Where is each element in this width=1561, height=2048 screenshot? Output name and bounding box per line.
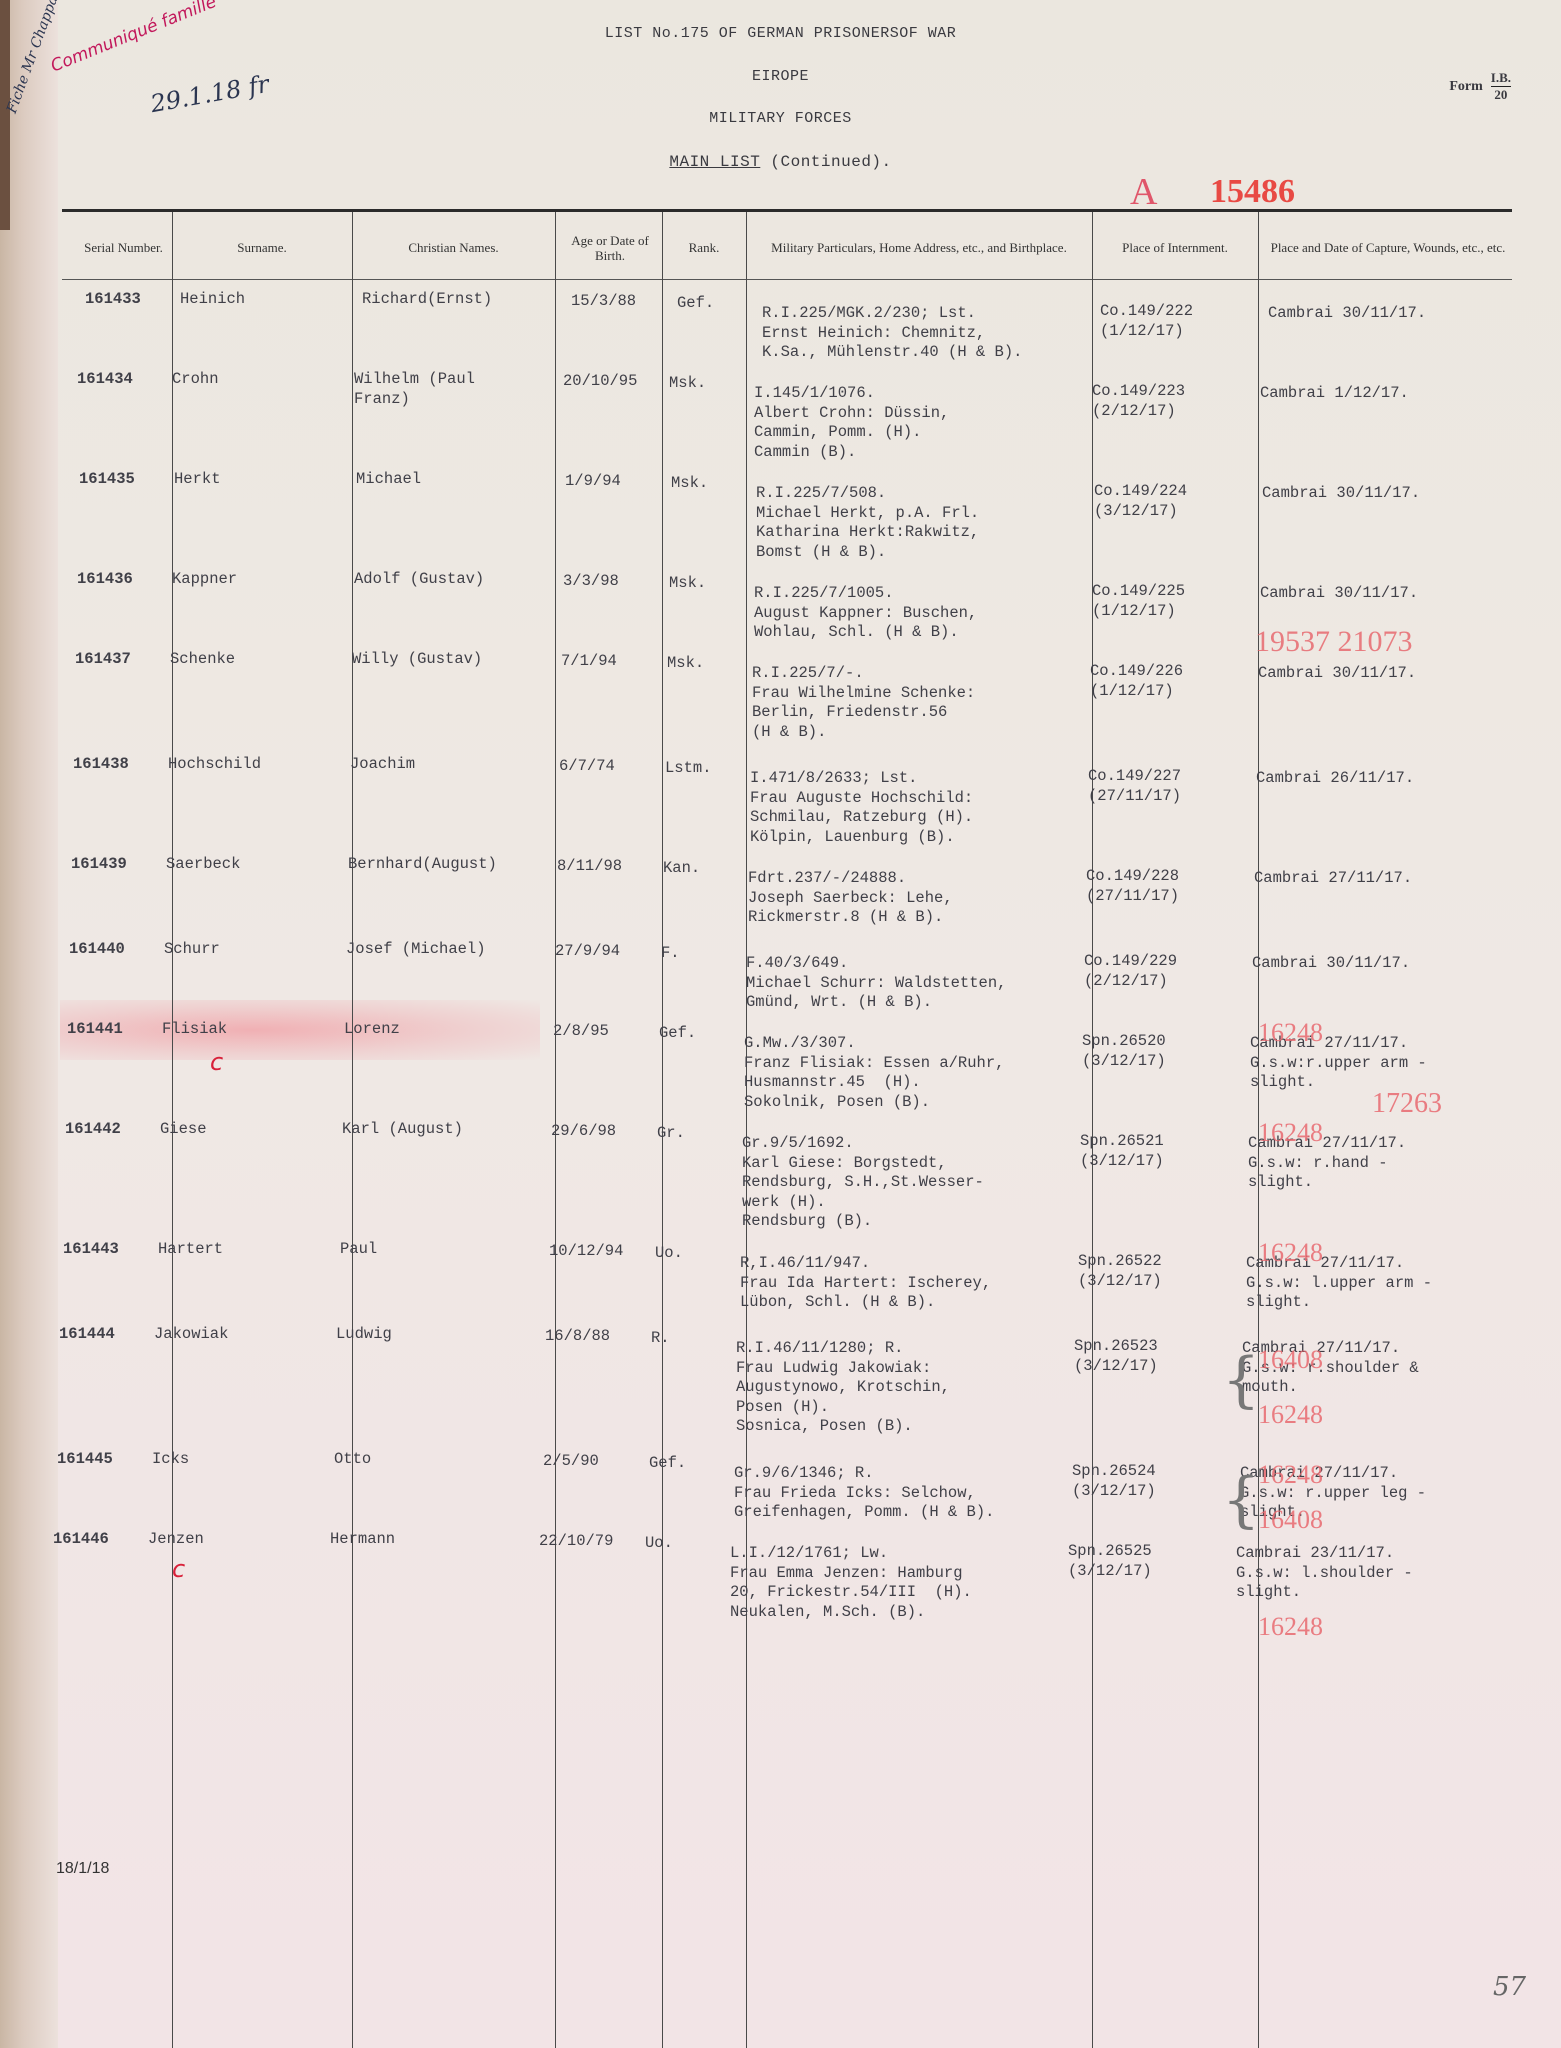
cell-dob: 10/12/94 (549, 1242, 623, 1262)
cell-capture: Cambrai 30/11/17. (1252, 954, 1410, 974)
cell-christian: Richard(Ernst) (362, 290, 492, 310)
cell-military: I.145/1/1076. Albert Crohn: Düssin, Camm… (754, 384, 949, 462)
column-divider (1092, 212, 1093, 2048)
cell-dob: 27/9/94 (555, 942, 620, 962)
cell-rank: Gef. (659, 1024, 696, 1044)
cell-surname: Heinich (180, 290, 245, 310)
page-number: 57 (1493, 1972, 1526, 2002)
cell-rank: Msk. (671, 474, 708, 494)
cell-internment: Co.149/223 (2/12/17) (1092, 382, 1185, 421)
cell-christian: Bernhard(August) (348, 855, 497, 875)
cell-internment: Spn.26521 (3/12/17) (1080, 1132, 1164, 1171)
cell-internment: Co.149/228 (27/11/17) (1086, 867, 1179, 906)
pencil-check-mark: c (172, 1555, 185, 1583)
cell-surname: Schenke (170, 650, 235, 670)
cell-dob: 1/9/94 (565, 472, 621, 492)
red-stamp-number: 16248 (1258, 1018, 1323, 1048)
cell-rank: Gr. (657, 1124, 685, 1144)
pencil-check-mark: c (210, 1048, 223, 1076)
red-stamp-number: 17263 (1372, 1088, 1442, 1120)
cell-rank: Msk. (669, 374, 706, 394)
cell-christian: Adolf (Gustav) (354, 570, 484, 590)
red-stamp-number: 16248 (1258, 1400, 1323, 1430)
cell-serial: 161442 (65, 1120, 121, 1140)
cell-rank: Gef. (677, 294, 714, 314)
cell-christian: Joachim (350, 755, 415, 775)
cell-dob: 6/7/74 (559, 757, 615, 777)
cell-capture: Cambrai 30/11/17. (1258, 664, 1416, 684)
brace-mark: { (1222, 1345, 1260, 1415)
cell-rank: Kan. (663, 859, 700, 879)
col-surname: Surname. (172, 215, 352, 280)
cell-surname: Flisiak (162, 1020, 227, 1040)
cell-serial: 161443 (63, 1240, 119, 1260)
cell-christian: Lorenz (344, 1020, 400, 1040)
cell-dob: 15/3/88 (571, 292, 636, 312)
cell-capture: Cambrai 26/11/17. (1256, 769, 1414, 789)
cell-christian: Karl (August) (342, 1120, 463, 1140)
red-stamp-number: 16408 (1258, 1345, 1323, 1375)
cell-dob: 29/6/98 (551, 1122, 616, 1142)
col-capture: Place and Date of Capture, Wounds, etc.,… (1268, 215, 1508, 280)
footer-date: 18/1/18 (56, 1860, 109, 1878)
cell-military: F.40/3/649. Michael Schurr: Waldstetten,… (746, 954, 1006, 1013)
cell-military: Gr.9/6/1346; R. Frau Frieda Icks: Selcho… (734, 1464, 994, 1523)
cell-surname: Jenzen (148, 1530, 204, 1550)
cell-christian: Otto (334, 1450, 371, 1470)
cell-rank: Uo. (655, 1244, 683, 1264)
cell-christian: Michael (356, 470, 421, 490)
cell-serial: 161444 (59, 1325, 115, 1345)
cell-capture: Cambrai 30/11/17. (1260, 584, 1418, 604)
cell-dob: 22/10/79 (539, 1532, 613, 1552)
cell-military: R.I.225/7/508. Michael Herkt, p.A. Frl. … (756, 484, 979, 562)
cell-military: R.I.225/7/1005. August Kappner: Buschen,… (754, 584, 977, 643)
cell-christian: Hermann (330, 1530, 395, 1550)
col-rank: Rank. (662, 215, 746, 280)
cell-surname: Hochschild (168, 755, 261, 775)
cell-christian: Paul (340, 1240, 377, 1260)
red-stamp-number: 16248 (1258, 1118, 1323, 1148)
col-serial: Serial Number. (75, 215, 172, 280)
col-christian-names: Christian Names. (352, 215, 555, 280)
cell-surname: Herkt (174, 470, 221, 490)
cell-serial: 161437 (75, 650, 131, 670)
cell-internment: Spn.26525 (3/12/17) (1068, 1542, 1152, 1581)
cell-surname: Schurr (164, 940, 220, 960)
cell-surname: Kappner (172, 570, 237, 590)
cell-rank: Msk. (669, 574, 706, 594)
cell-serial: 161446 (53, 1530, 109, 1550)
col-internment: Place of Internment. (1092, 215, 1258, 280)
cell-dob: 16/8/88 (545, 1327, 610, 1347)
cell-rank: Uo. (645, 1534, 673, 1554)
cell-military: Gr.9/5/1692. Karl Giese: Borgstedt, Rend… (742, 1134, 984, 1232)
cell-military: L.I./12/1761; Lw. Frau Emma Jenzen: Hamb… (730, 1544, 972, 1622)
cell-surname: Hartert (158, 1240, 223, 1260)
column-divider (746, 212, 747, 2048)
cell-internment: Co.149/225 (1/12/17) (1092, 582, 1185, 621)
cell-military: G.Mw./3/307. Franz Flisiak: Essen a/Ruhr… (744, 1034, 1004, 1112)
document-page: Fiche Mr Chappay 1.2.18 Communiqué famil… (0, 0, 1561, 2048)
cell-rank: Msk. (667, 654, 704, 674)
cell-surname: Saerbeck (166, 855, 240, 875)
cell-serial: 161433 (85, 290, 141, 310)
cell-capture: Cambrai 30/11/17. (1268, 304, 1426, 324)
red-stamp-number: 16248 (1258, 1612, 1323, 1642)
cell-military: R,I.46/11/947. Frau Ida Hartert: Ischere… (740, 1254, 991, 1313)
cell-rank: F. (661, 944, 680, 964)
cell-christian: Ludwig (336, 1325, 392, 1345)
cell-serial: 161445 (57, 1450, 113, 1470)
red-stamp-number: 16408 (1258, 1505, 1323, 1535)
cell-dob: 7/1/94 (561, 652, 617, 672)
cell-dob: 2/5/90 (543, 1452, 599, 1472)
cell-internment: Spn.26522 (3/12/17) (1078, 1252, 1162, 1291)
cell-serial: 161435 (79, 470, 135, 490)
col-military-particulars: Military Particulars, Home Address, etc.… (746, 215, 1092, 280)
cell-military: Fdrt.237/-/24888. Joseph Saerbeck: Lehe,… (748, 869, 953, 928)
cell-dob: 8/11/98 (557, 857, 622, 877)
cell-serial: 161439 (71, 855, 127, 875)
red-stamp-number: 16248 (1258, 1460, 1323, 1490)
cell-serial: 161434 (77, 370, 133, 390)
cell-military: R.I.225/MGK.2/230; Lst. Ernst Heinich: C… (762, 304, 1022, 363)
cell-military: I.471/8/2633; Lst. Frau Auguste Hochschi… (750, 769, 973, 847)
cell-military: R.I.46/11/1280; R. Frau Ludwig Jakowiak:… (736, 1339, 950, 1437)
cell-capture: Cambrai 27/11/17. (1254, 869, 1412, 889)
cell-serial: 161441 (67, 1020, 123, 1040)
red-stamp-number: 16248 (1258, 1238, 1323, 1268)
cell-rank: Gef. (649, 1454, 686, 1474)
cell-surname: Crohn (172, 370, 219, 390)
cell-dob: 20/10/95 (563, 372, 637, 392)
cell-christian: Willy (Gustav) (352, 650, 482, 670)
cell-rank: R. (651, 1329, 670, 1349)
cell-serial: 161438 (73, 755, 129, 775)
cell-internment: Co.149/224 (3/12/17) (1094, 482, 1187, 521)
brace-mark: { (1222, 1465, 1260, 1535)
cell-capture: Cambrai 30/11/17. (1262, 484, 1420, 504)
cell-capture: Cambrai 23/11/17. G.s.w: l.shoulder - sl… (1236, 1544, 1413, 1603)
cell-surname: Jakowiak (154, 1325, 228, 1345)
cell-serial: 161440 (69, 940, 125, 960)
table-top-rule (62, 209, 1512, 212)
cell-christian: Josef (Michael) (346, 940, 486, 960)
cell-internment: Co.149/222 (1/12/17) (1100, 302, 1193, 341)
cell-capture: Cambrai 1/12/17. (1260, 384, 1409, 404)
cell-serial: 161436 (77, 570, 133, 590)
cell-internment: Spn.26520 (3/12/17) (1082, 1032, 1166, 1071)
cell-surname: Giese (160, 1120, 207, 1140)
cell-rank: Lstm. (665, 759, 712, 779)
cell-dob: 2/8/95 (553, 1022, 609, 1042)
cell-internment: Spn.26523 (3/12/17) (1074, 1337, 1158, 1376)
cell-dob: 3/3/98 (563, 572, 619, 592)
cell-internment: Co.149/226 (1/12/17) (1090, 662, 1183, 701)
cell-military: R.I.225/7/-. Frau Wilhelmine Schenke: Be… (752, 664, 975, 742)
cell-internment: Co.149/229 (2/12/17) (1084, 952, 1177, 991)
cell-internment: Co.149/227 (27/11/17) (1088, 767, 1181, 806)
cell-internment: Spn.26524 (3/12/17) (1072, 1462, 1156, 1501)
cell-surname: Icks (152, 1450, 189, 1470)
col-age: Age or Date of Birth. (570, 215, 650, 280)
cell-christian: Wilhelm (Paul Franz) (354, 370, 475, 409)
red-stamp-number: 19537 21073 (1255, 625, 1413, 659)
